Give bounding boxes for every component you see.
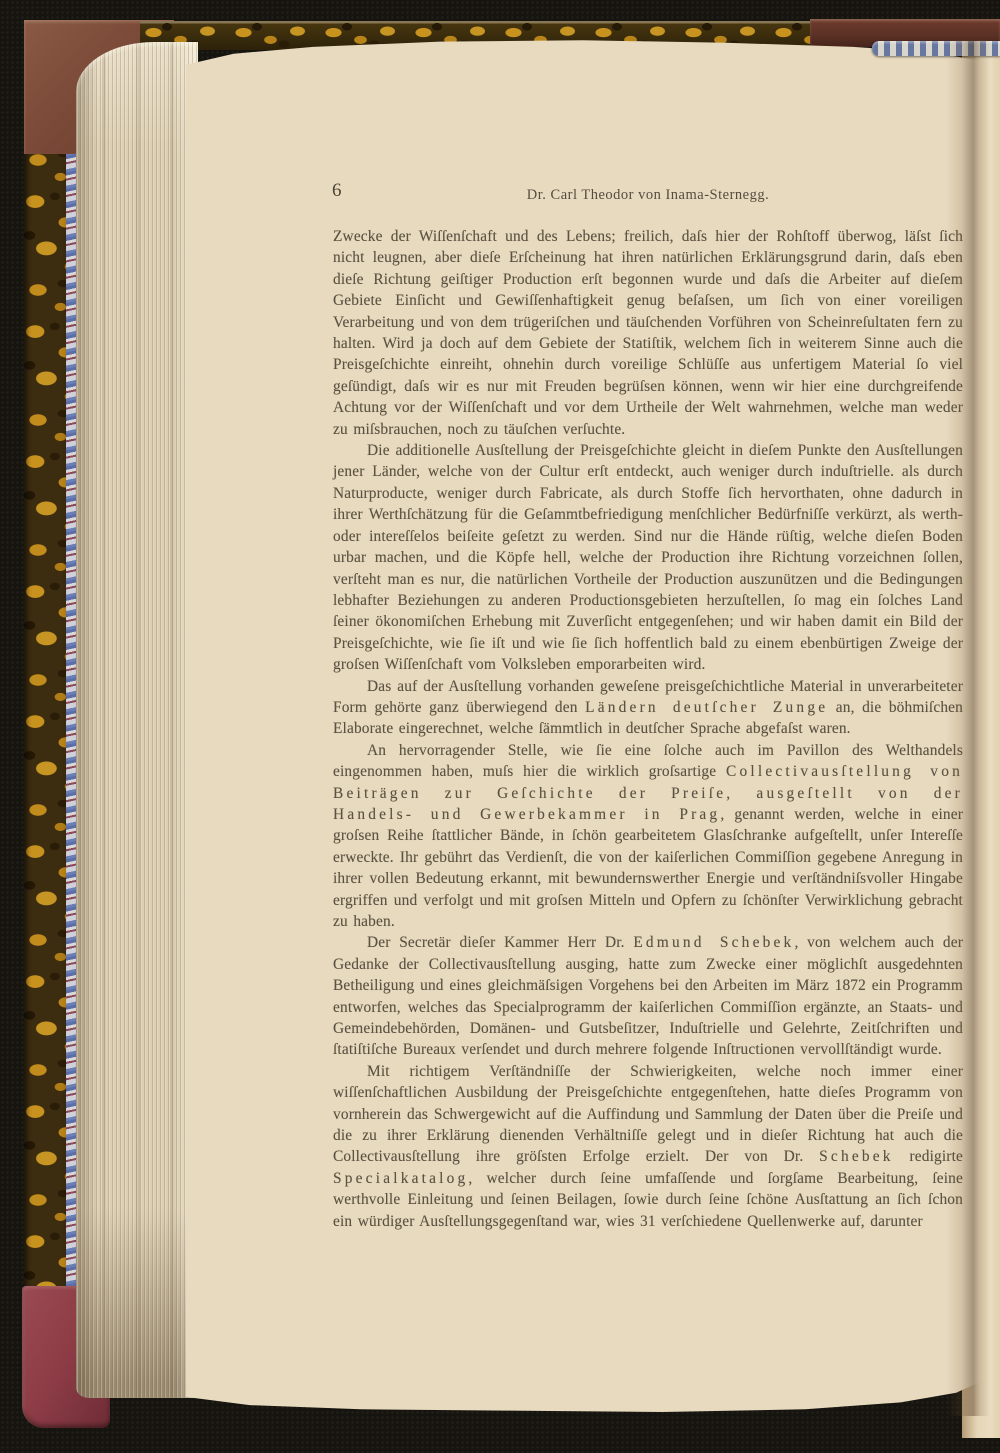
headband — [872, 41, 1000, 56]
paragraph-text: , genannt werden, welche in einer groſse… — [333, 806, 963, 930]
paragraph-text: Zwecke der Wiſſenſchaft und des Lebens; … — [333, 228, 963, 438]
running-header: Dr. Carl Theodor von Inama-Sternegg. — [333, 187, 963, 204]
paragraph: Das auf der Ausſtellung vorhanden geweſe… — [333, 676, 963, 740]
paragraph-text: , von welchem auch der Gedanke der Colle… — [333, 934, 963, 1058]
book-scan-photo: { "page": { "number": "6", "header": "Dr… — [0, 0, 1000, 1453]
paragraph: Zwecke der Wiſſenſchaft und des Lebens; … — [333, 226, 963, 440]
emphasized-text: Schebek — [819, 1148, 894, 1165]
page-block-fore-edge — [76, 42, 198, 1398]
book-page: 6 Dr. Carl Theodor von Inama-Sternegg. Z… — [186, 40, 980, 1412]
emphasized-text: Specialkatalog — [333, 1170, 468, 1187]
emphasized-text: Edmund Schebek — [633, 934, 794, 951]
paragraph: An hervorragender Stelle, wie ſie eine ſ… — [333, 740, 963, 933]
paragraph-text: redigirte — [894, 1148, 963, 1165]
body-text: Zwecke der Wiſſenſchaft und des Lebens; … — [333, 226, 963, 1232]
marbled-cover-strip — [24, 56, 72, 1296]
paragraph-text: Die additionelle Ausſtellung der Preisge… — [333, 442, 963, 673]
paragraph-text: Der Secretär dieſer Kammer Herr Dr. — [367, 934, 633, 951]
paragraph: Der Secretär dieſer Kammer Herr Dr. Edmu… — [333, 932, 963, 1060]
emphasized-text: Ländern deutſcher Zunge — [585, 699, 828, 716]
paragraph: Mit richtigem Verſtändniſſe der Schwieri… — [333, 1061, 963, 1232]
paragraph: Die additionelle Ausſtellung der Preisge… — [333, 440, 963, 675]
